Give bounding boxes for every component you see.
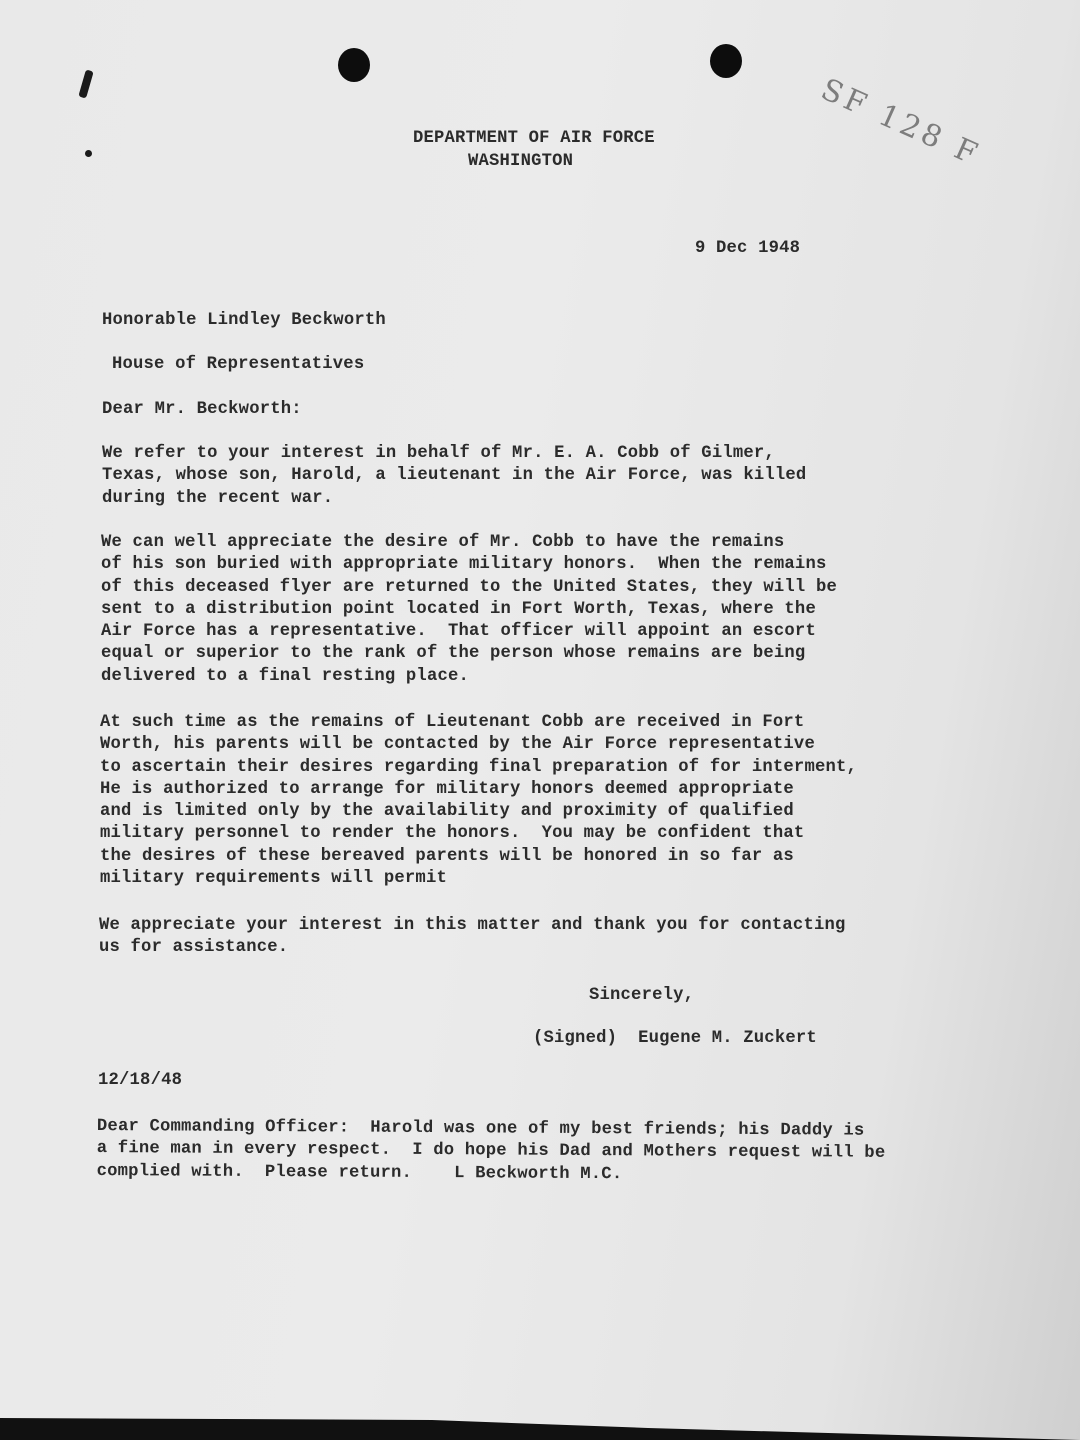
recipient-name: Honorable Lindley Beckworth — [102, 310, 386, 332]
punch-hole — [710, 44, 742, 78]
ink-dot — [85, 150, 92, 157]
closing: Sincerely, — [589, 985, 694, 1007]
signature-line: (Signed) Eugene M. Zuckert — [533, 1028, 817, 1050]
letterhead-department: DEPARTMENT OF AIR FORCE — [413, 128, 655, 150]
ink-mark — [78, 69, 93, 98]
body-paragraph: At such time as the remains of Lieutenan… — [100, 712, 857, 890]
punch-hole — [338, 48, 370, 82]
handwritten-style-note: Dear Commanding Officer: Harold was one … — [97, 1116, 886, 1188]
body-paragraph: We refer to your interest in behalf of M… — [102, 443, 806, 510]
letter-date: 9 Dec 1948 — [695, 238, 800, 260]
letterhead-city: WASHINGTON — [468, 151, 573, 173]
body-paragraph: We appreciate your interest in this matt… — [99, 915, 846, 960]
letter-page: SF 128 F DEPARTMENT OF AIR FORCE WASHING… — [0, 0, 1080, 1440]
body-paragraph: We can well appreciate the desire of Mr.… — [101, 532, 837, 688]
note-date: 12/18/48 — [98, 1070, 182, 1092]
salutation: Dear Mr. Beckworth: — [102, 399, 302, 421]
file-stamp: SF 128 F — [816, 72, 986, 173]
scan-edge — [0, 1410, 1080, 1440]
recipient-office: House of Representatives — [112, 354, 364, 376]
